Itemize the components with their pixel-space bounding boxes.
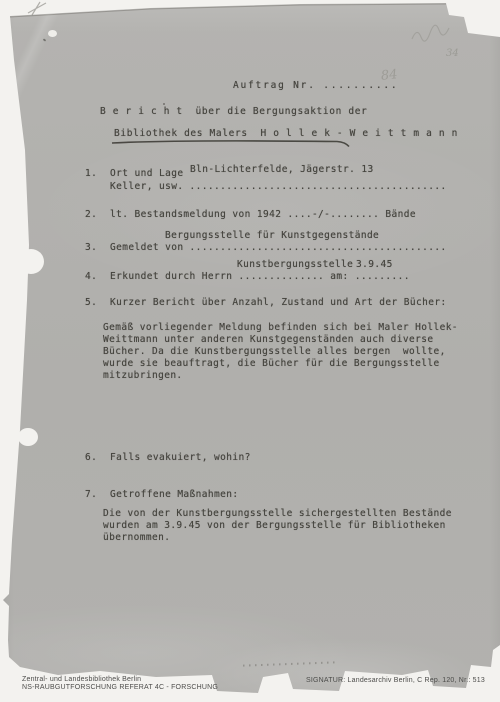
item-7-paragraph-line: Die von der Kunstbergungsstelle sicherge… [103, 508, 452, 520]
item-5-paragraph-line: Bücher. Da die Kunstbergungsstelle alles… [103, 346, 446, 358]
item-5-paragraph-line: Weittmann unter anderen Kunstgegenstände… [103, 334, 433, 346]
item-7-number: 7. [85, 489, 97, 501]
title-underline [111, 138, 355, 148]
item-5-paragraph-line: Gemäß vorliegender Meldung befinden sich… [103, 322, 458, 334]
item-1-filled-value: Bln-Lichterfelde, Jägerstr. 13 [190, 164, 374, 176]
item-4-number: 4. [85, 271, 97, 283]
item-6-line: Falls evakuiert, wohin? [110, 452, 251, 464]
pencil-scribble-top-right [408, 26, 454, 42]
footer-department: NS-RAUBGUTFORSCHUNG REFERAT 4C - FORSCHU… [22, 684, 218, 693]
item-7-paragraph-line: wurden am 3.9.45 von der Bergungsstelle … [103, 520, 446, 532]
item-5-number: 5. [85, 297, 97, 309]
handwritten-page-number: 34 [446, 48, 459, 59]
item-1-label: Ort und Lage [110, 168, 183, 180]
report-title-line1: B e r i c h t über die Bergungsaktion de… [100, 106, 368, 118]
item-2-line: lt. Bestandsmeldung von 1942 ....-/-....… [110, 209, 416, 221]
item-7-heading: Getroffene Maßnahmen: [110, 489, 239, 501]
item-5-heading: Kurzer Bericht über Anzahl, Zustand und … [110, 297, 447, 309]
item-6-number: 6. [85, 452, 97, 464]
auftrag-nr-line: Auftrag Nr. .......... [233, 80, 398, 92]
paper-blemish [48, 30, 57, 37]
item-7-paragraph-line: übernommen. [103, 532, 170, 544]
punch-hole-top [18, 249, 44, 274]
item-1-number: 1. [85, 168, 97, 180]
item-3-number: 3. [85, 242, 97, 254]
pencil-scratch-top-left [26, 1, 56, 17]
item-5-paragraph-line: mitzubringen. [103, 370, 183, 382]
punch-hole-bottom [18, 428, 38, 446]
item-3-filled-value: Bergungsstelle für Kunstgegenstände [165, 230, 379, 242]
item-1-line2: Keller, usw. ...........................… [110, 181, 447, 193]
paper-top-edge [0, 0, 500, 20]
item-5-paragraph-line: wurde sie beauftragt, die Bücher für die… [103, 358, 440, 370]
item-2-number: 2. [85, 209, 97, 221]
ink-speck [163, 103, 165, 105]
scanned-document-page: 84 34 Auftrag Nr. .......... B e r i c h… [0, 0, 500, 702]
footer-signature: SIGNATUR: Landesarchiv Berlin, C Rep. 12… [306, 677, 485, 686]
item-4-line: Erkundet durch Herrn .............. am: … [110, 271, 410, 283]
item-4-filled-date: 3.9.45 [356, 259, 393, 271]
item-3-line: Gemeldet von ...........................… [110, 242, 447, 254]
item-4-filled-name: Kunstbergungsstelle [237, 259, 353, 271]
